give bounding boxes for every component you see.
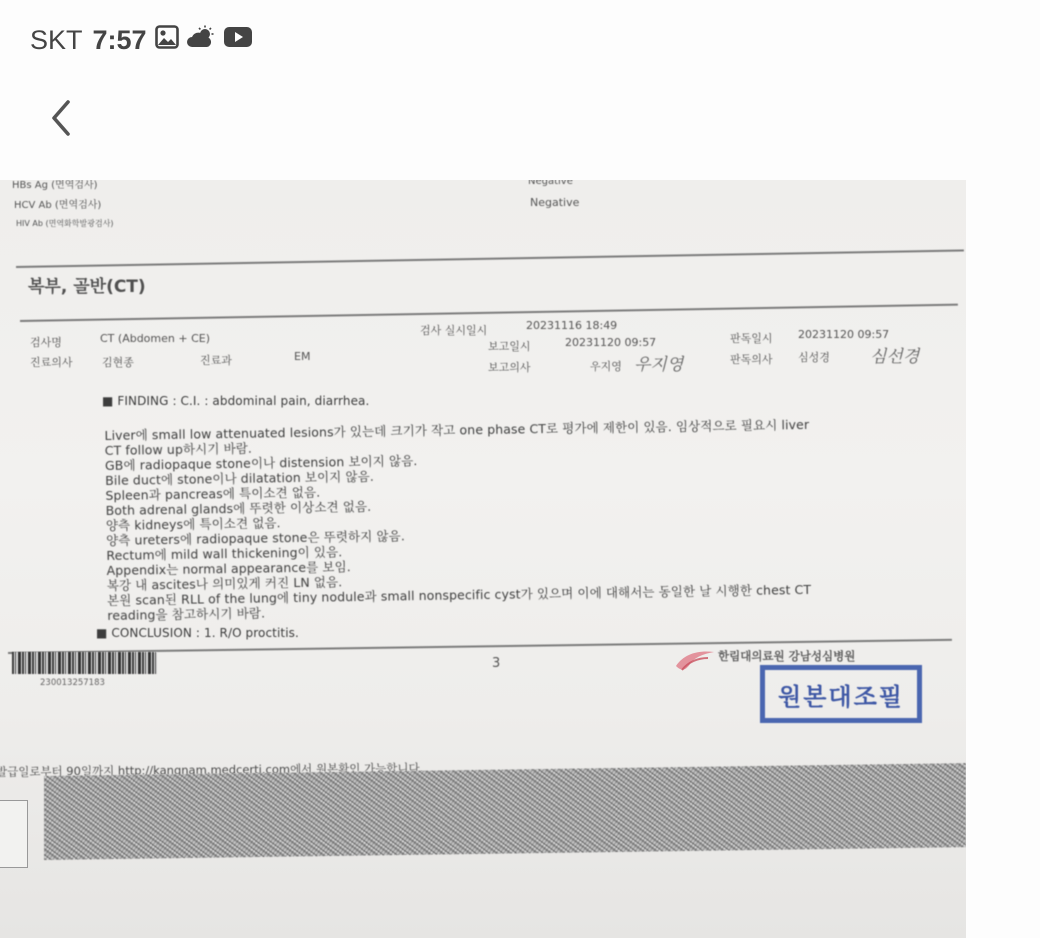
- prev-test-row: HBs Ag (면역검사): [12, 180, 98, 191]
- department: EM: [294, 350, 310, 363]
- chevron-left-icon: [42, 96, 82, 140]
- gallery-icon: [155, 25, 179, 56]
- report-datetime-label: 보고일시: [488, 338, 531, 354]
- clock: 7:57: [93, 25, 147, 56]
- weather-partly-sunny-icon: [187, 25, 215, 56]
- carrier-label: SKT: [30, 25, 83, 56]
- prev-test-value: Negative: [528, 180, 573, 187]
- reading-datetime: 20231120 09:57: [798, 328, 889, 341]
- barcode: [12, 652, 157, 674]
- hiv-label: HIV Ab (면역화학발광검사): [16, 218, 114, 229]
- hospital-name: 한림대의료원 강남성심병원: [718, 648, 855, 664]
- conclusion: ■ CONCLUSION : 1. R/O proctitis.: [96, 626, 299, 640]
- finding-line: reading을 참고하시기 바람.: [107, 603, 265, 623]
- finding-heading: ■ FINDING : C.I. : abdominal pain, diarr…: [102, 394, 369, 408]
- hcv-label: HCV Ab (면역검사): [14, 196, 101, 211]
- stamp-text: 원본대조필: [778, 677, 904, 712]
- reading-signature: 심선경: [870, 342, 919, 367]
- back-button[interactable]: [42, 96, 82, 140]
- hospital-logo-icon: [672, 648, 718, 674]
- exam-name: CT (Abdomen + CE): [100, 332, 210, 345]
- security-pattern: [44, 763, 966, 860]
- exam-datetime: 20231116 18:49: [526, 319, 617, 332]
- hcv-value: Negative: [530, 196, 579, 209]
- original-certified-stamp: 원본대조필: [760, 665, 922, 723]
- youtube-icon: [223, 25, 253, 56]
- page-number: 3: [492, 656, 500, 671]
- reading-doctor-label: 판독의사: [730, 351, 773, 367]
- report-datetime: 20231120 09:57: [565, 336, 656, 349]
- reporting-signature: 우지영: [634, 350, 683, 375]
- barcode-number: 230013257183: [40, 678, 105, 688]
- reading-doctor: 심성경: [798, 349, 830, 365]
- requesting-doctor: 김현종: [102, 354, 134, 370]
- exam-name-label: 검사명: [30, 334, 62, 350]
- department-label: 진료과: [200, 352, 232, 368]
- divider: [20, 304, 958, 322]
- divider: [16, 249, 964, 268]
- requesting-doctor-label: 진료의사: [30, 354, 73, 370]
- reading-datetime-label: 판독일시: [730, 330, 773, 346]
- document-photo[interactable]: HBs Ag (면역검사) Negative HCV Ab (면역검사) Neg…: [0, 180, 966, 938]
- exam-datetime-label: 검사 실시일시: [420, 322, 487, 338]
- document-box: [0, 800, 28, 868]
- status-bar: SKT 7:57: [30, 22, 253, 58]
- section-title: 복부, 골반(CT): [28, 272, 146, 297]
- reporting-doctor: 우지영: [590, 358, 622, 374]
- medical-report: HBs Ag (면역검사) Negative HCV Ab (면역검사) Neg…: [0, 180, 966, 938]
- reporting-doctor-label: 보고의사: [488, 359, 531, 375]
